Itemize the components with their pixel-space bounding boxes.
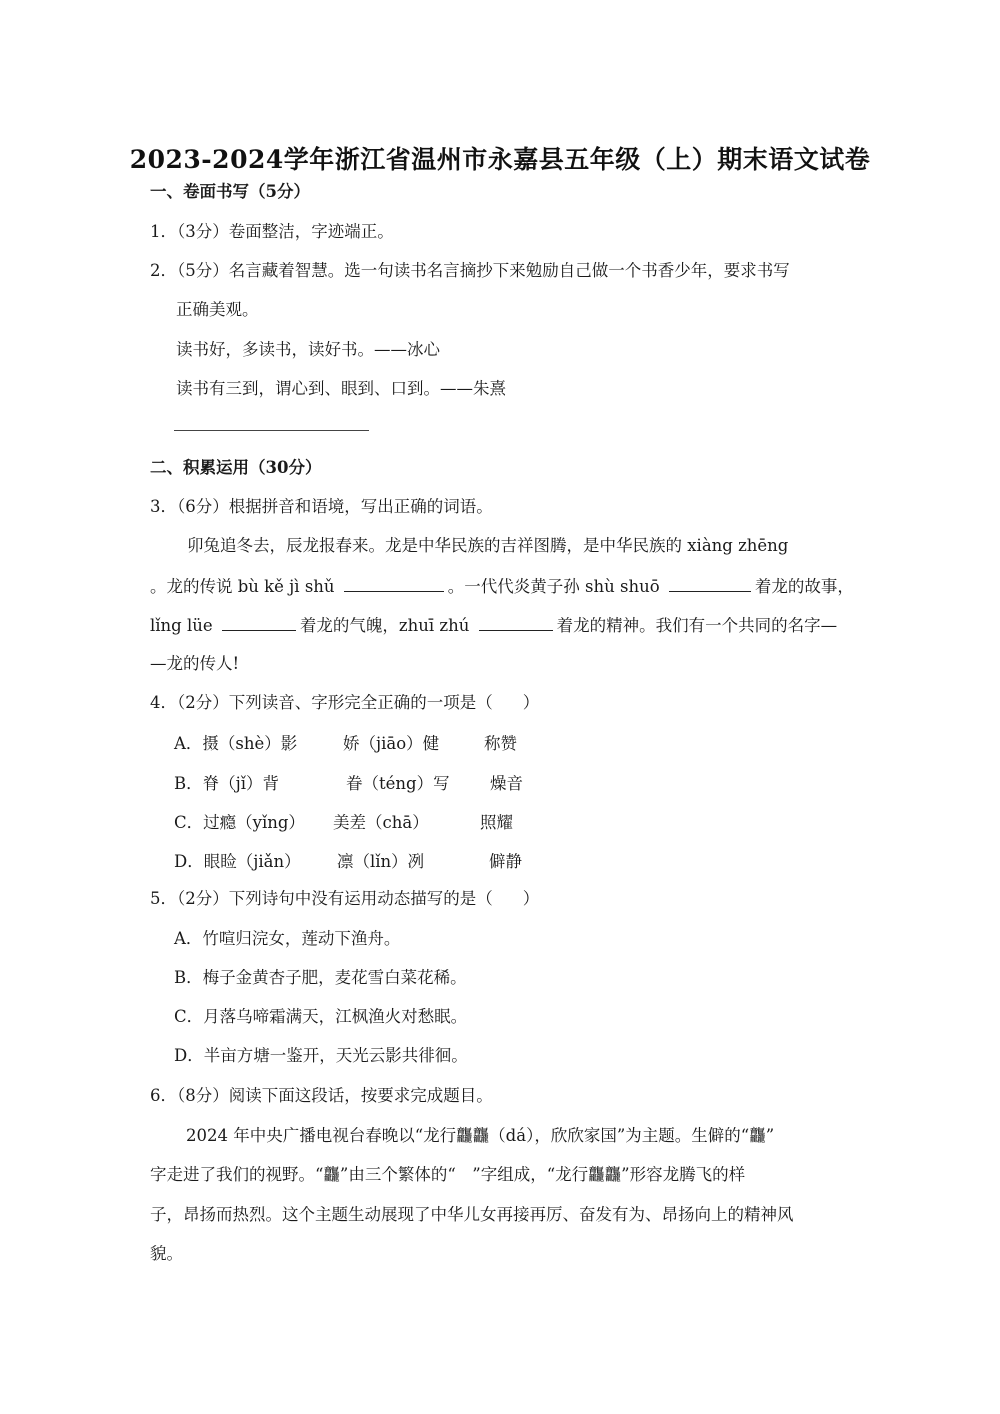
question-score: （8分） <box>177 1086 229 1105</box>
question-score: （6分） <box>177 497 229 516</box>
quote-2: 读书有三到，谓心到、眼到、口到。——朱熹 <box>176 378 506 400</box>
answer-blank-4[interactable] <box>479 614 553 631</box>
q6-paragraph-line-2: 字走进了我们的视野。“龘”由三个繁体的“ ”字组成，“龙行龘龘”形容龙腾飞的样 <box>150 1164 745 1186</box>
question-score: （2分） <box>177 693 229 712</box>
option-label: C．过瘾（yǐng） <box>174 812 305 834</box>
option-item: 美差（chā） <box>333 812 429 834</box>
question-score: （2分） <box>177 889 229 908</box>
question-score: （5分） <box>177 261 229 280</box>
q3-passage-line-3: lǐng lüe 着龙的气魄，zhuī zhú 着龙的精神。我们有一个共同的名字… <box>150 614 837 637</box>
section-heading-2: 二、积累运用（30分） <box>150 457 321 479</box>
answer-blank-1[interactable] <box>344 575 444 592</box>
question-text: 阅读下面这段话，按要求完成题目。 <box>229 1086 493 1105</box>
q6-paragraph-line-1: 2024 年中央广播电视台春晚以“龙行龘龘（dá），欣欣家国”为主题。生僻的“龘… <box>186 1125 774 1147</box>
question-5: 5．（2分）下列诗句中没有运用动态描写的是（） <box>150 888 539 910</box>
question-4: 4．（2分）下列读音、字形完全正确的一项是（） <box>150 692 539 714</box>
option-item: 娇（jiāo）健 <box>343 733 439 755</box>
question-text: 下列诗句中没有运用动态描写的是（ <box>229 889 493 908</box>
question-number: 5． <box>150 889 177 908</box>
pinyin-text: 着龙的气魄，zhuī zhú <box>300 616 469 635</box>
option-item: 凛（lǐn）冽 <box>337 851 424 873</box>
question-6: 6．（8分）阅读下面这段话，按要求完成题目。 <box>150 1085 493 1107</box>
question-text: 根据拼音和语境，写出正确的词语。 <box>229 497 493 516</box>
question-number: 1． <box>150 222 177 241</box>
passage-text: 着龙的故事， <box>755 577 854 596</box>
question-number: 3． <box>150 497 177 516</box>
q3-passage-line-1: 卯兔追冬去，辰龙报春来。龙是中华民族的吉祥图腾，是中华民族的 xiàng zhē… <box>187 535 788 557</box>
option-label: D．眼睑（jiǎn） <box>174 851 301 873</box>
question-score: （3分） <box>177 222 229 241</box>
question-3: 3．（6分）根据拼音和语境，写出正确的词语。 <box>150 496 493 518</box>
question-2-continued: 正确美观。 <box>176 299 259 321</box>
q5-option-c[interactable]: C．月落乌啼霜满天，江枫渔火对愁眠。 <box>174 1006 467 1028</box>
question-text: 名言藏着智慧。选一句读书名言摘抄下来勉励自己做一个书香少年，要求书写 <box>229 261 790 280</box>
answer-blank-3[interactable] <box>222 614 296 631</box>
q3-passage-line-4: —龙的传人! <box>150 653 239 675</box>
option-label: B．脊（jǐ）背 <box>174 773 279 795</box>
option-label: A．摄（shè）影 <box>174 733 297 755</box>
q6-paragraph-line-4: 貌。 <box>150 1243 183 1265</box>
answer-line[interactable] <box>174 430 369 431</box>
paren-close: ） <box>523 693 540 712</box>
q6-paragraph-line-3: 子，昂扬而热烈。这个主题生动展现了中华儿女再接再厉、奋发有为、昂扬向上的精神风 <box>150 1204 794 1226</box>
option-item: 照耀 <box>480 812 513 834</box>
q5-option-a[interactable]: A．竹喧归浣女，莲动下渔舟。 <box>174 928 400 950</box>
pinyin-text: 。一代代炎黄子孙 shù shuō <box>448 577 660 596</box>
q3-passage-line-2: 。龙的传说 bù kě jì shǔ 。一代代炎黄子孙 shù shuō 着龙的… <box>150 575 854 598</box>
question-1: 1．（3分）卷面整洁，字迹端正。 <box>150 221 394 243</box>
answer-blank-2[interactable] <box>669 575 751 592</box>
quote-1: 读书好，多读书，读好书。——冰心 <box>176 339 440 361</box>
question-2: 2．（5分）名言藏着智慧。选一句读书名言摘抄下来勉励自己做一个书香少年，要求书写 <box>150 260 790 282</box>
question-number: 6． <box>150 1086 177 1105</box>
section-heading-1: 一、卷面书写（5分） <box>150 181 310 203</box>
page-title: 2023-2024学年浙江省温州市永嘉县五年级（上）期末语文试卷 <box>0 140 1000 176</box>
paren-close: ） <box>523 889 540 908</box>
pinyin-text: lǐng lüe <box>150 616 213 635</box>
question-number: 4． <box>150 693 177 712</box>
option-item: 眷（téng）写 <box>346 773 450 795</box>
q5-option-d[interactable]: D．半亩方塘一鉴开，天光云影共徘徊。 <box>174 1045 468 1067</box>
passage-text: 着龙的精神。我们有一个共同的名字— <box>557 616 838 635</box>
pinyin-text: 。龙的传说 bù kě jì shǔ <box>150 577 335 596</box>
question-number: 2． <box>150 261 177 280</box>
question-text: 下列读音、字形完全正确的一项是（ <box>229 693 493 712</box>
option-item: 称赞 <box>484 733 517 755</box>
option-item: 僻静 <box>489 851 522 873</box>
exam-page: 2023-2024学年浙江省温州市永嘉县五年级（上）期末语文试卷 一、卷面书写（… <box>0 0 1000 1414</box>
q5-option-b[interactable]: B．梅子金黄杏子肥，麦花雪白菜花稀。 <box>174 967 467 989</box>
option-item: 燥音 <box>490 773 523 795</box>
question-text: 卷面整洁，字迹端正。 <box>229 222 394 241</box>
